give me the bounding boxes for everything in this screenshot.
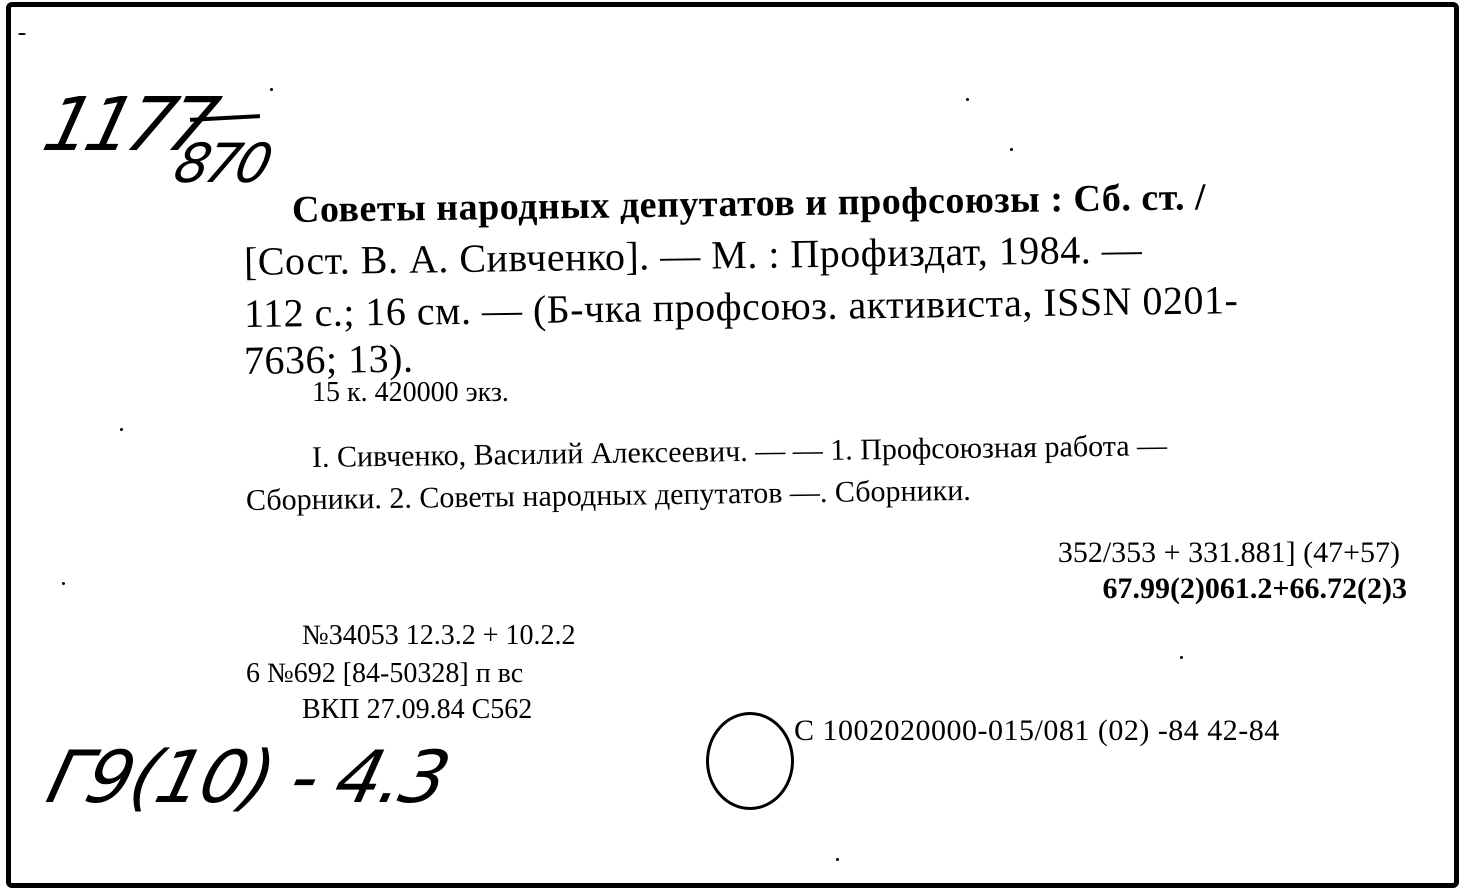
scan-speck bbox=[1180, 656, 1183, 659]
handwritten-shelf-mark: Г9(10) - 4.3 bbox=[40, 735, 457, 819]
scan-speck bbox=[62, 582, 65, 585]
price-print-run: 15 к. 420000 экз. bbox=[312, 377, 509, 409]
copyright-code: С 1002020000-015/081 (02) -84 42-84 bbox=[794, 714, 1280, 748]
copyright-circle-icon bbox=[706, 712, 794, 810]
printing-info-1: №34053 12.3.2 + 10.2.2 bbox=[302, 620, 576, 652]
scan-speck bbox=[18, 33, 26, 35]
handwritten-accession-denominator: 870 bbox=[168, 132, 275, 195]
bbk-classification: 67.99(2)061.2+66.72(2)3 bbox=[1102, 572, 1407, 606]
printing-info-2: 6 №692 [84-50328] п вс bbox=[246, 658, 523, 690]
scan-speck bbox=[836, 858, 839, 861]
scan-speck bbox=[1010, 148, 1013, 151]
scan-speck bbox=[120, 428, 123, 431]
udc-classification: 352/353 + 331.881] (47+57) bbox=[1058, 536, 1400, 570]
printing-info-3: ВКП 27.09.84 С562 bbox=[302, 694, 532, 726]
scan-speck bbox=[966, 98, 969, 101]
scan-speck bbox=[270, 88, 273, 91]
